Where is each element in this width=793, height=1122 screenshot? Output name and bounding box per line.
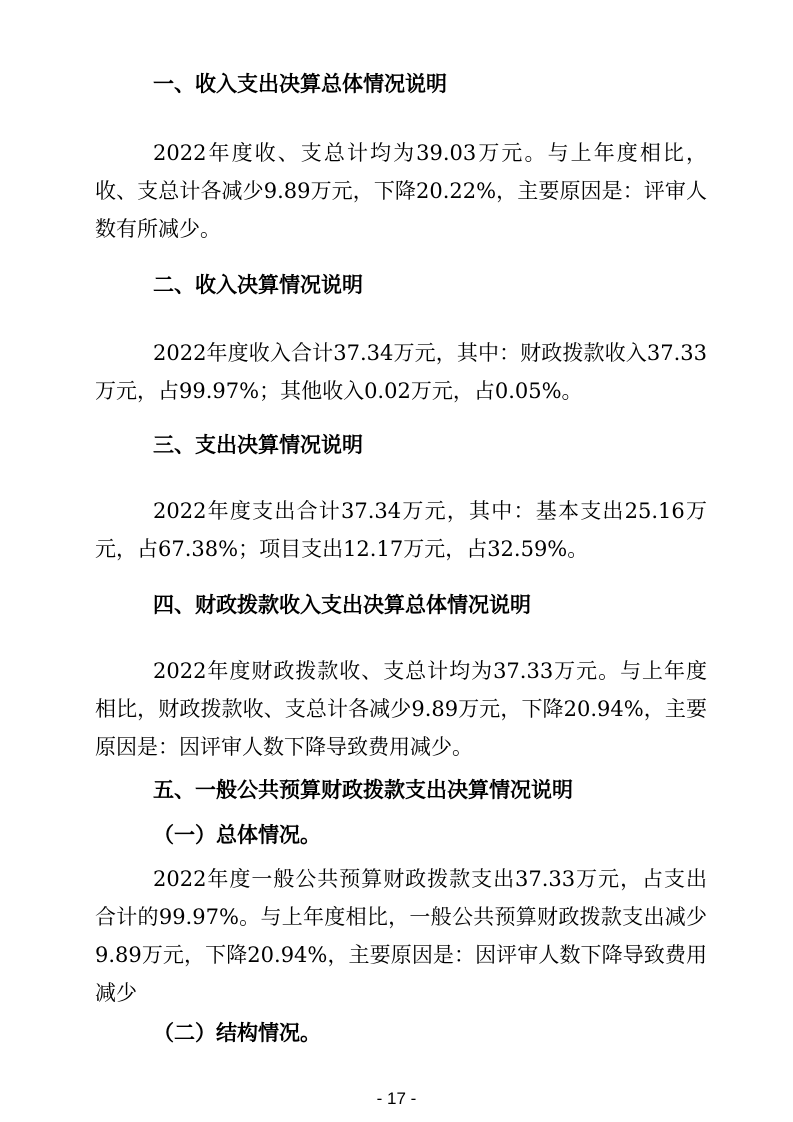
document-page: 一、收入支出决算总体情况说明 2022年度收、支总计均为39.03万元。与上年度… (0, 0, 793, 1122)
section-4-heading: 四、财政拨款收入支出决算总体情况说明 (95, 593, 707, 617)
subsection-5-1-heading: （一）总体情况。 (95, 823, 707, 847)
section-1-paragraph: 2022年度收、支总计均为39.03万元。与上年度相比，收、支总计各减少9.89… (95, 134, 707, 248)
section-3-heading: 三、支出决算情况说明 (95, 433, 707, 457)
document-body: 一、收入支出决算总体情况说明 2022年度收、支总计均为39.03万元。与上年度… (95, 72, 707, 1045)
section-3-paragraph: 2022年度支出合计37.34万元，其中：基本支出25.16万元，占67.38%… (95, 492, 707, 568)
section-4-paragraph: 2022年度财政拨款收、支总计均为37.33万元。与上年度相比，财政拨款收、支总… (95, 652, 707, 766)
subsection-5-2-heading: （二）结构情况。 (95, 1021, 707, 1045)
page-footer: - 17 - (0, 1090, 793, 1108)
subsection-5-1-paragraph: 2022年度一般公共预算财政拨款支出37.33万元，占支出合计的99.97%。与… (95, 860, 707, 1012)
page-number: - 17 - (377, 1089, 417, 1108)
section-1-heading: 一、收入支出决算总体情况说明 (95, 72, 707, 96)
section-2-heading: 二、收入决算情况说明 (95, 273, 707, 297)
section-5-heading: 五、一般公共预算财政拨款支出决算情况说明 (95, 778, 707, 802)
section-2-paragraph: 2022年度收入合计37.34万元，其中：财政拨款收入37.33万元，占99.9… (95, 334, 707, 410)
